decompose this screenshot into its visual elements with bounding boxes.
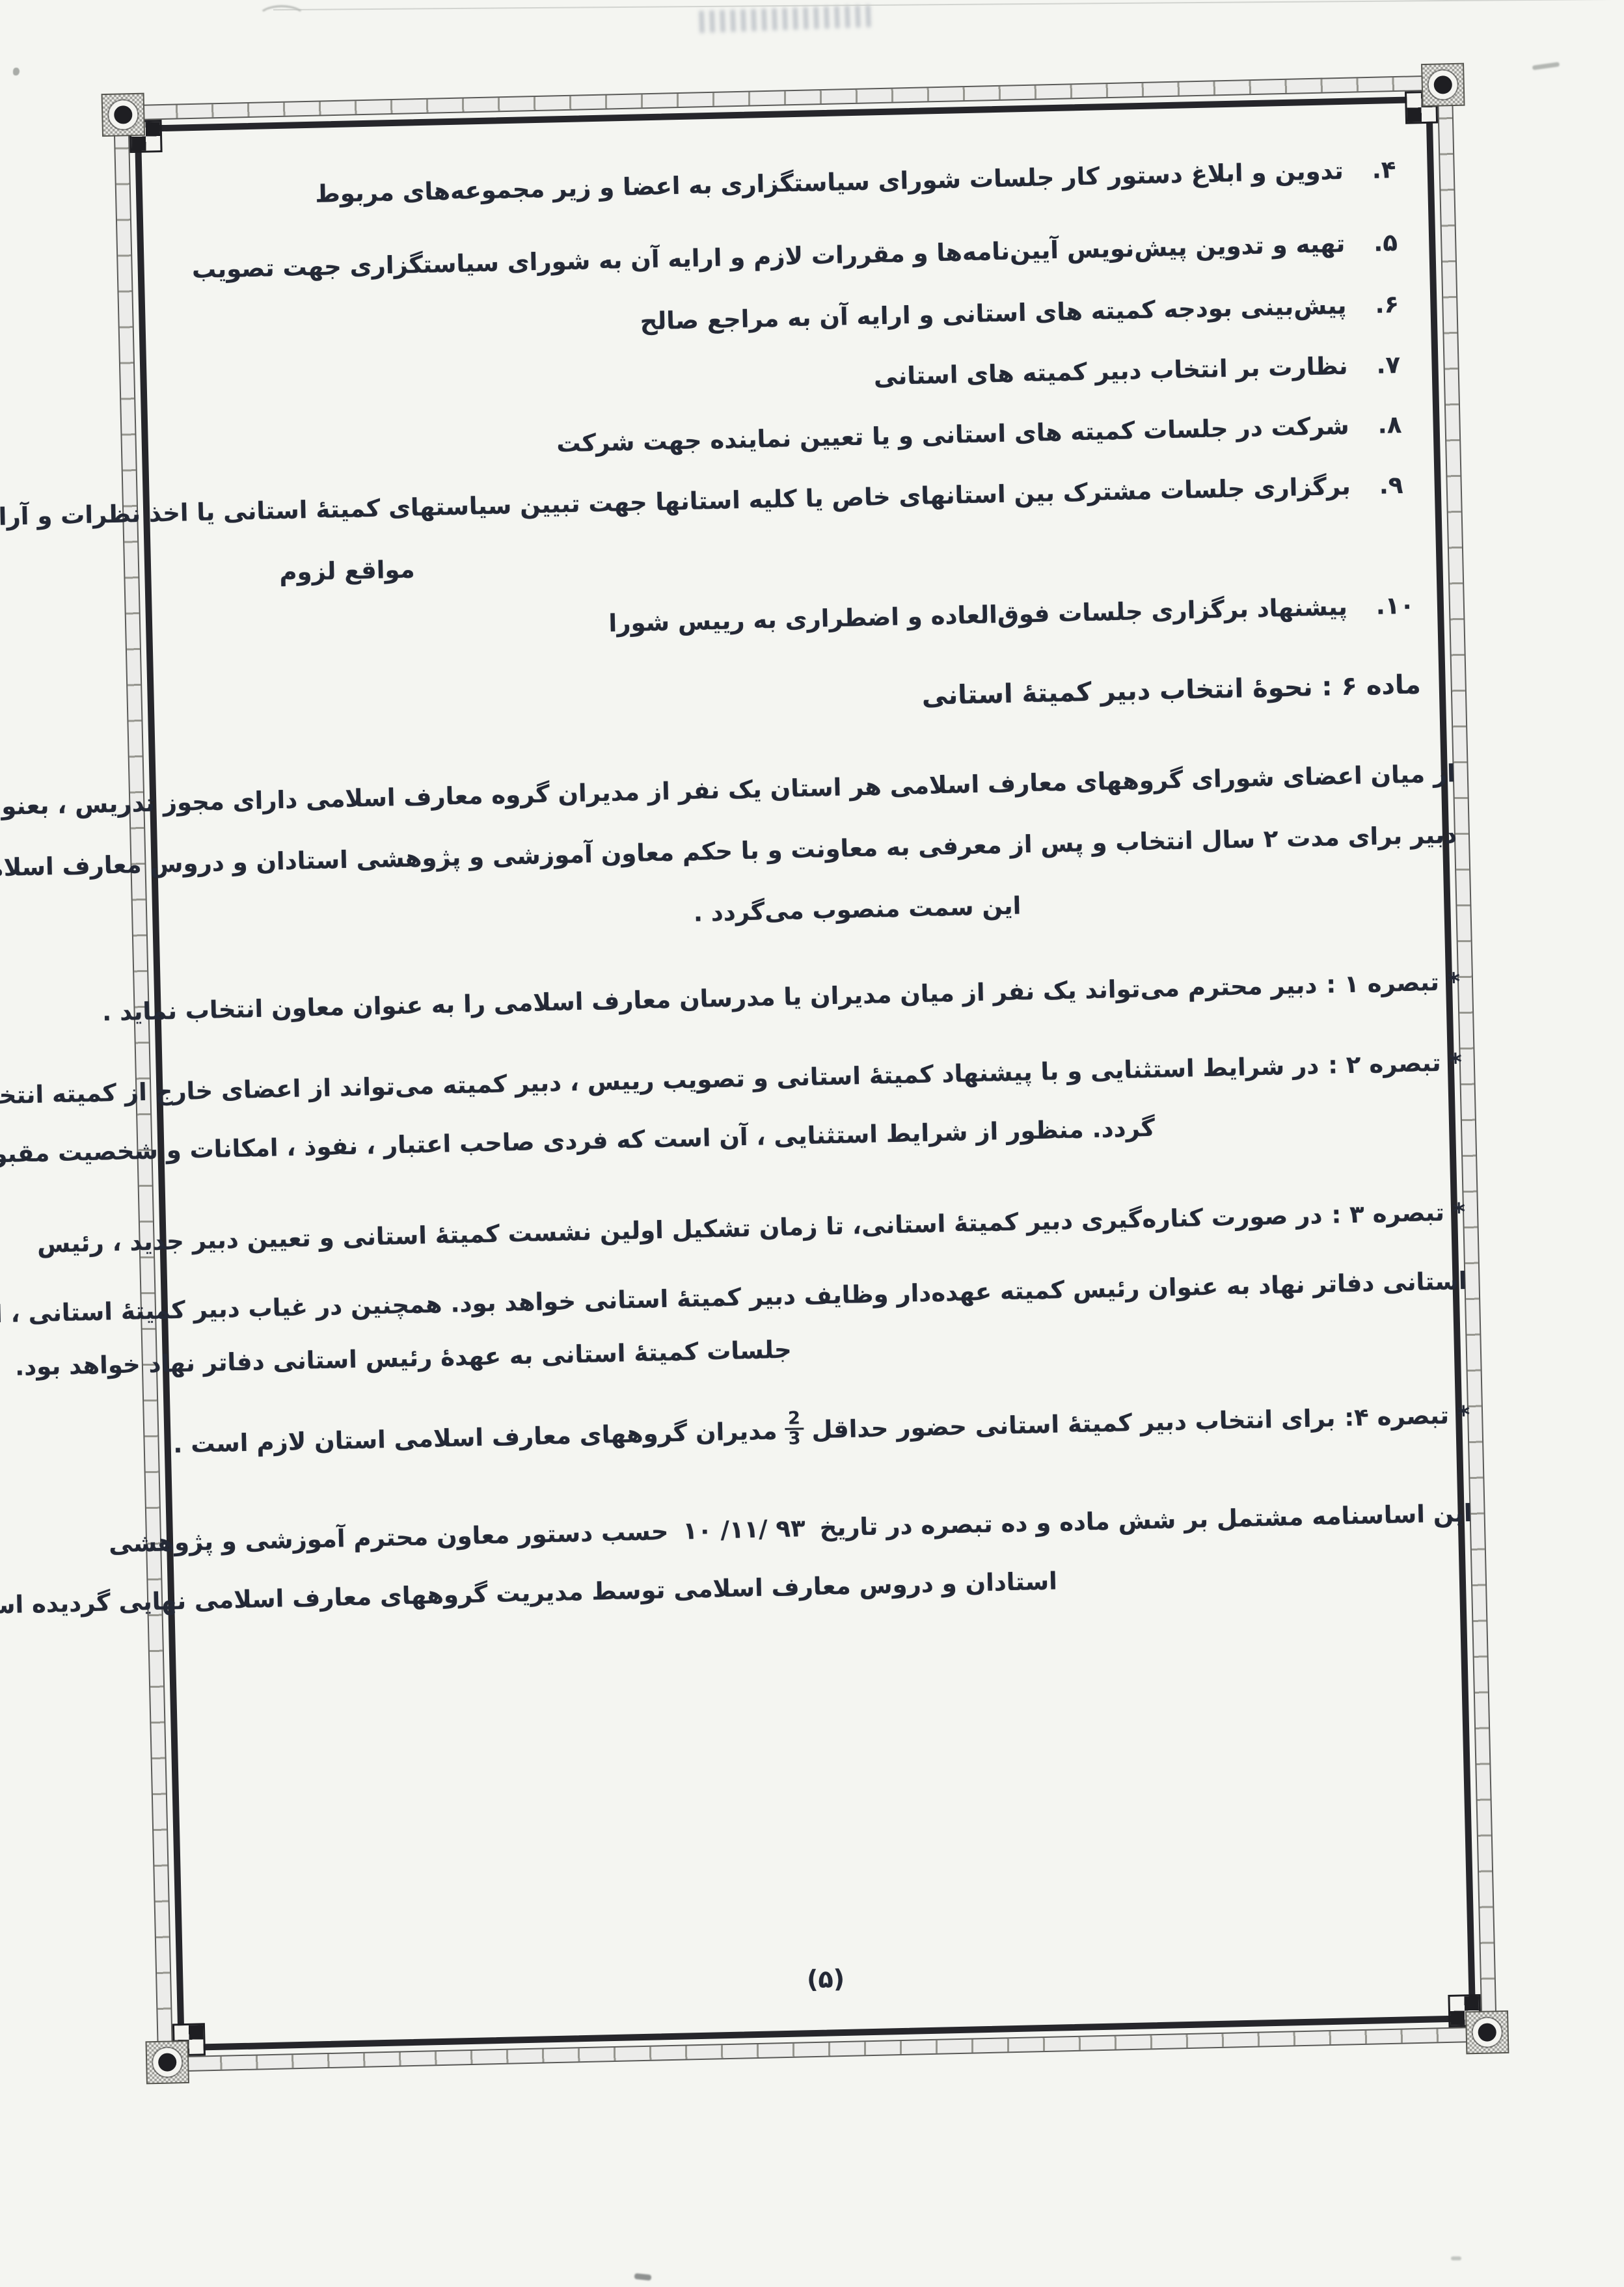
note-2-line-1: * تبصره ۲ :در شرایط استثنایی و با پیشنها… [0,1047,1462,1112]
article-6-paragraph-line-1: از میان اعضای شورای گروههای معارف اسلامی… [0,758,1455,823]
closing-paragraph-line-2: استادان و دروس معارف اسلامی توسط مدیریت … [0,1565,1057,1621]
date-value: ۱۰ /۱۱/ ۹۳ [683,1513,805,1547]
note-1-label: * تبصره ۱ : [1326,968,1461,999]
note-3-line-2: استانی دفاتر نهاد به عنوان رئیس کمیته عه… [0,1265,1467,1331]
list-item-number: ۴. [1372,154,1405,186]
note-4: * تبصره ۴:برای انتخاب دبیر کمیتهٔ استانی… [173,1397,1470,1465]
list-item-9-continuation: مواقع لزوم [279,554,415,588]
scan-artifact [13,68,20,75]
list-item-text: پیش‌بینی بودجه کمیته های استانی و ارایه … [640,290,1347,338]
list-item-10: ۱۰. پیشنهاد برگزاری جلسات فوق‌العاده و ا… [608,590,1415,640]
list-item-text: تدوین و ابلاغ دستور کار جلسات شورای سیاس… [315,156,1344,210]
document-body: ۴. تدوین و ابلاغ دستور کار جلسات شورای س… [108,70,1502,2077]
note-2-label: * تبصره ۲ : [1328,1048,1463,1079]
two-thirds-fraction: 23 [785,1409,804,1448]
list-item-6: ۶. پیش‌بینی بودجه کمیته های استانی و ارا… [640,289,1408,338]
closing-paragraph-line-1: این اساسنامه مشتمل بر شش ماده و ده تبصره… [109,1498,1472,1560]
list-item-number: ۹. [1379,470,1412,502]
scanned-document-page: { "document": { "page_number": "(۵)", "l… [0,0,1624,2287]
scan-artifact [257,5,306,31]
list-item-4: ۴. تدوین و ابلاغ دستور کار جلسات شورای س… [315,154,1405,210]
scan-edge-line [273,0,1624,10]
list-item-number: ۶. [1375,289,1408,321]
note-3-label: * تبصره ۳ : [1331,1198,1466,1229]
article-6-paragraph-line-3: این سمت منصوب می‌گردد . [693,890,1021,929]
note-2-line-2: گردد. منظور از شرایط استثنایی ، آن است ک… [0,1113,1156,1176]
list-item-text: شرکت در جلسات کمیته های استانی و یا تعیی… [556,411,1349,460]
article-6-paragraph-line-2: دبیر برای مدت ۲ سال انتخاب و پس از معرفی… [0,819,1457,885]
scan-artifact [1451,2256,1461,2260]
note-3-line-3: جلسات کمیتهٔ استانی به عهدهٔ رئیس استانی… [15,1334,792,1383]
note-3-line-1: * تبصره ۳ :در صورت کناره‌گیری دبیر کمیته… [37,1197,1466,1260]
page-number: (۵) [150,1948,1501,2010]
list-item-number: ۵. [1374,227,1407,259]
scan-smudge [699,5,875,33]
list-item-number: ۱۰. [1375,590,1414,622]
list-item-number: ۸. [1377,409,1411,441]
decorative-border-frame: ۴. تدوین و ابلاغ دستور کار جلسات شورای س… [108,70,1502,2077]
list-item-text: برگزاری جلسات مشترک بین استانهای خاص یا … [0,471,1351,534]
list-item-text: پیشنهاد برگزاری جلسات فوق‌العاده و اضطرا… [608,591,1347,640]
note-1-text: دبیر محترم می‌تواند یک نفر از میان مدیرا… [102,971,1318,1026]
scan-artifact [634,2273,652,2281]
note-1: * تبصره ۱ :دبیر محترم می‌تواند یک نفر از… [102,966,1461,1028]
list-item-number: ۷. [1376,349,1409,381]
list-item-5: ۵. تهیه و تدوین پیش‌نویس آیین‌نامه‌ها و … [191,227,1406,286]
list-item-8: ۸. شرکت در جلسات کمیته های استانی و یا ت… [556,409,1411,460]
list-item-text: نظارت بر انتخاب دبیر کمیته های استانی [873,351,1348,393]
note-4-label: * تبصره ۴: [1344,1401,1470,1431]
list-item-7: ۷. نظارت بر انتخاب دبیر کمیته های استانی [873,349,1409,393]
list-item-text: تهیه و تدوین پیش‌نویس آیین‌نامه‌ها و مقر… [191,228,1345,286]
scan-artifact [1532,62,1560,70]
list-item-9: ۹. برگزاری جلسات مشترک بین استانهای خاص … [0,470,1412,534]
article-6-heading: ماده ۶ : نحوهٔ انتخاب دبیر کمیتهٔ استانی [921,668,1421,712]
